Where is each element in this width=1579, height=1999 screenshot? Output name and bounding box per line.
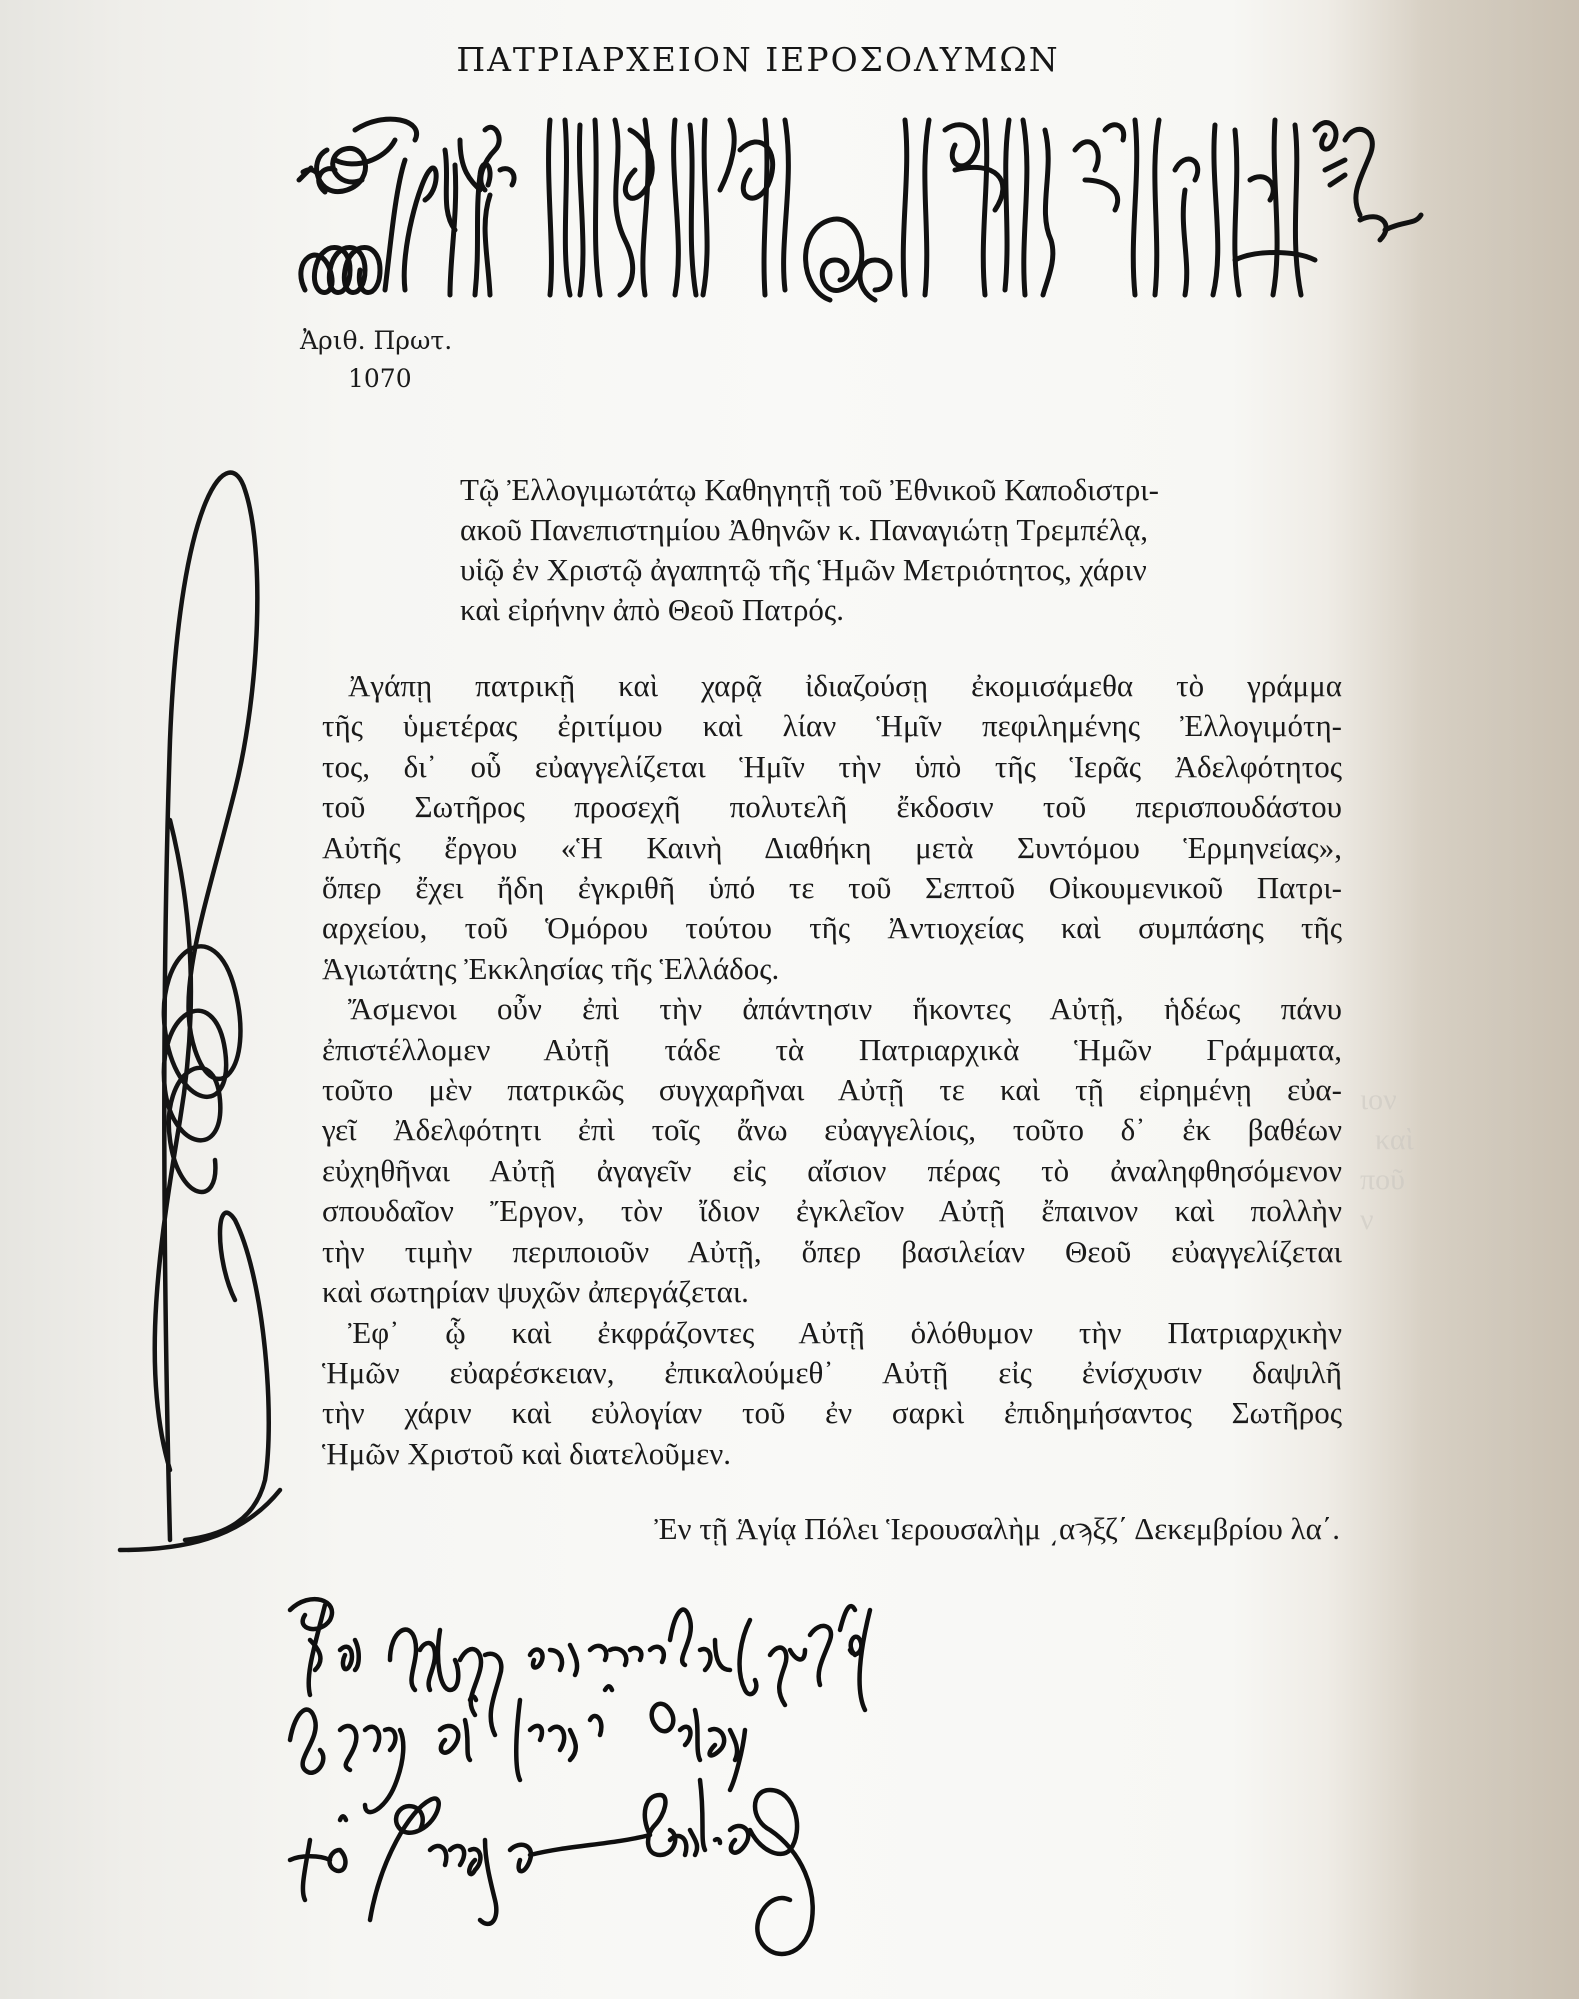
body-line: Ἡμῶν Χριστοῦ καὶ διατελοῦμεν. xyxy=(322,1434,1342,1474)
body-line: τοῦ Σωτῆρος προσεχῆ πολυτελῆ ἔκδοσιν τοῦ… xyxy=(322,787,1342,827)
handwritten-note-description: Handwritten dedication in Greek cursive … xyxy=(0,0,1,1)
page-edge-shadow xyxy=(1410,0,1579,1999)
body-line: αρχείου, τοῦ Ὁμόρου τούτου τῆς Ἀντιοχεία… xyxy=(322,908,1342,948)
body-line: Ἐφ᾿ ᾧ καὶ ἐκφράζοντες Αὐτῇ ὁλόθυμον τὴν … xyxy=(322,1313,1342,1353)
bleed-through-text: ιον καὶ ποῦ ν xyxy=(1360,1080,1414,1240)
body-line: τὴν χάριν καὶ εὐλογίαν τοῦ ἐν σαρκὶ ἐπιδ… xyxy=(322,1393,1342,1433)
address-block: Τῷ Ἐλλογιμωτάτῳ Καθηγητῇ τοῦ Ἐθνικοῦ Καπ… xyxy=(460,470,1340,630)
body-line: τος, δι᾿ οὗ εὐαγγελίζεται Ἡμῖν τὴν ὑπὸ τ… xyxy=(322,747,1342,787)
address-line: Τῷ Ἐλλογιμωτάτῳ Καθηγητῇ τοῦ Ἐθνικοῦ Καπ… xyxy=(460,470,1340,510)
body-line: Ἡμῶν εὐαρέσκειαν, ἐπικαλούμεθ᾿ Αὐτῇ εἰς … xyxy=(322,1353,1342,1393)
letterhead-title: ΠΑΤΡΙΑΡΧΕΙΟΝ ΙΕΡΟΣΟΛΥΜΩΝ xyxy=(448,40,1068,79)
protocol-label: Ἀριθ. Πρωτ. xyxy=(300,326,452,355)
body-line: Ἁγιωτάτης Ἐκκλησίας τῆς Ἑλλάδος. xyxy=(322,949,1342,989)
body-line: τὴν τιμὴν περιποιοῦν Αὐτῇ, ὅπερ βασιλεία… xyxy=(322,1232,1342,1272)
protocol-number: 1070 xyxy=(300,360,452,398)
margin-signature-flourish xyxy=(90,220,290,1620)
address-line: ακοῦ Πανεπιστημίου Ἀθηνῶν κ. Παναγιώτῃ Τ… xyxy=(460,510,1340,550)
body-line: εὐχηθῆναι Αὐτῇ ἀγαγεῖν εἰς αἴσιον πέρας … xyxy=(322,1151,1342,1191)
body-line: γεῖ Ἀδελφότητι ἐπὶ τοῖς ἄνω εὐαγγελίοις,… xyxy=(322,1110,1342,1150)
dateline: Ἐν τῇ Ἁγίᾳ Πόλει Ἱερουσαλὴμ ͵αϡξζ΄ Δεκεμ… xyxy=(620,1511,1340,1547)
address-line: υἱῷ ἐν Χριστῷ ἀγαπητῷ τῆς Ἡμῶν Μετριότητ… xyxy=(460,550,1340,590)
body-line: καὶ σωτηρίαν ψυχῶν ἀπεργάζεται. xyxy=(322,1272,1342,1312)
handwritten-dedication xyxy=(270,1580,1380,1980)
body-line: Αὐτῆς ἔργου «Ἡ Καινὴ Διαθήκη μετὰ Συντόμ… xyxy=(322,828,1342,868)
body-line: Ἄσμενοι οὖν ἐπὶ τὴν ἀπάντησιν ἥκοντες Αὐ… xyxy=(322,989,1342,1029)
protocol-block: Ἀριθ. Πρωτ. 1070 xyxy=(300,322,452,398)
address-line: καὶ εἰρήνην ἀπὸ Θεοῦ Πατρός. xyxy=(460,590,1340,630)
body-line: τοῦτο μὲν πατρικῶς συγχαρῆναι Αὐτῇ τε κα… xyxy=(322,1070,1342,1110)
body-line: τῆς ὑμετέρας ἐριτίμου καὶ λίαν Ἡμῖν πεφι… xyxy=(322,706,1342,746)
letter-body: Ἀγάπῃ πατρικῇ καὶ χαρᾷ ἰδιαζούσῃ ἐκομισά… xyxy=(322,666,1342,1474)
body-line: σπουδαῖον Ἔργον, τὸν ἴδιον ἐγκλεῖον Αὐτῇ… xyxy=(322,1191,1342,1231)
monocondyle-signature xyxy=(285,110,1425,310)
body-line: Ἀγάπῃ πατρικῇ καὶ χαρᾷ ἰδιαζούσῃ ἐκομισά… xyxy=(322,666,1342,706)
body-line: ὅπερ ἔχει ἤδη ἐγκριθῆ ὑπό τε τοῦ Σεπτοῦ … xyxy=(322,868,1342,908)
body-line: ἐπιστέλλομεν Αὐτῇ τάδε τὰ Πατριαρχικὰ Ἡμ… xyxy=(322,1030,1342,1070)
